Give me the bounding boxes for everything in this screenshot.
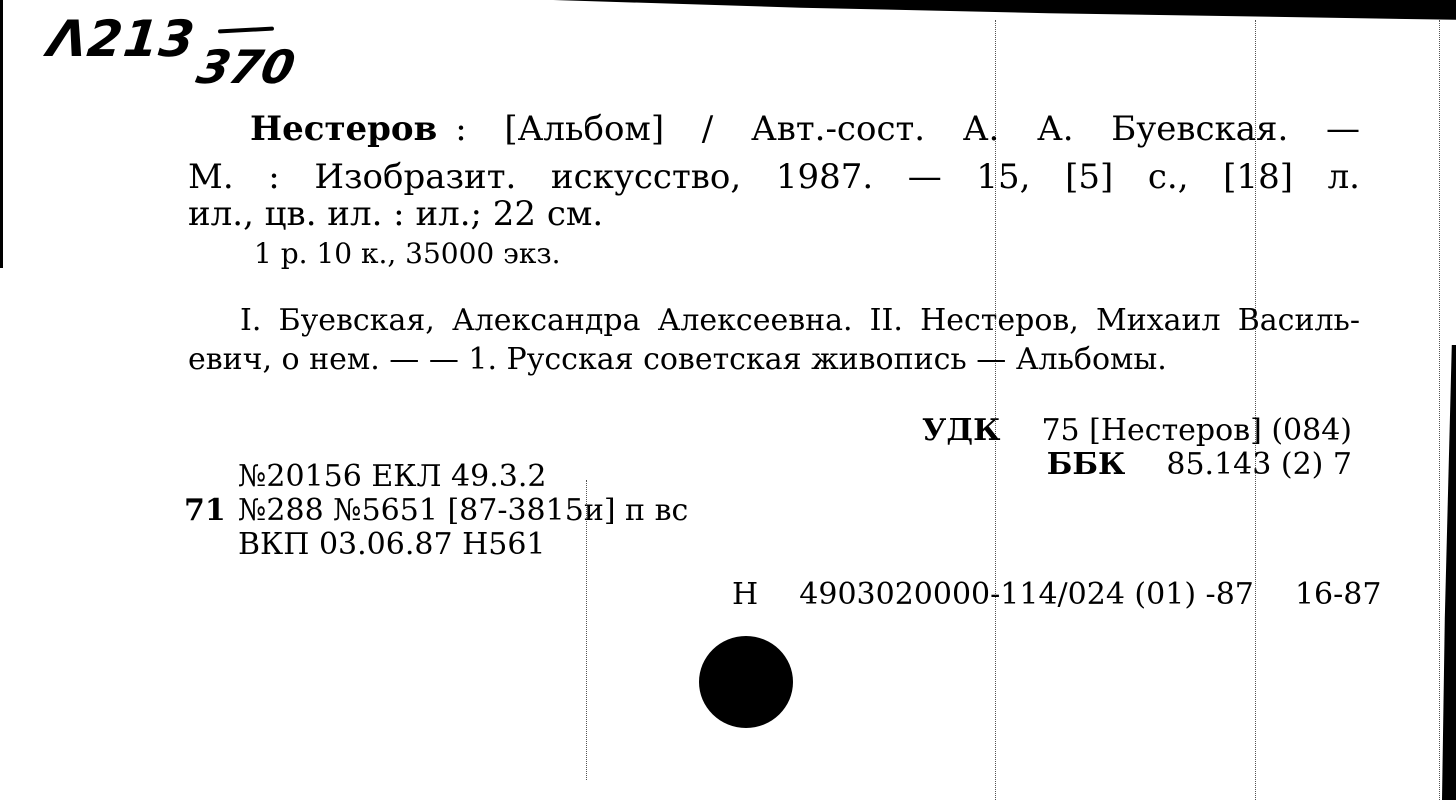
registry-line-2: №288 №5651 [87-3815и] п вс — [238, 496, 688, 526]
tracings-line-2: евич, о нем. — — 1. Русская советская жи… — [188, 345, 1167, 375]
handwritten-shelfmark: Λ213 — [45, 10, 198, 68]
scan-dotted-line — [1439, 20, 1440, 800]
code-letter: Н — [732, 577, 758, 612]
udk-value: 75 [Нестеров] (084) — [1041, 413, 1352, 448]
registry-line-1: №20156 ЕКЛ 49.3.2 — [238, 462, 546, 492]
punched-hole — [699, 636, 793, 728]
registry-prefix: 71 — [184, 496, 226, 526]
scan-right-edge — [1442, 345, 1456, 800]
bbk-label: ББК — [1047, 447, 1126, 482]
code-suffix: 16-87 — [1295, 577, 1381, 612]
code-value: 4903020000-114/024 (01) -87 — [799, 577, 1254, 612]
price-line: 1 р. 10 к., 35000 экз. — [254, 240, 561, 268]
udk-line: УДК 75 [Нестеров] (084) — [922, 416, 1352, 446]
udk-label: УДК — [922, 413, 1000, 448]
description-line-1-rest: : [Альбом] / Авт.-сост. А. А. Буевская. … — [455, 112, 1360, 146]
handwritten-number: 370 — [192, 40, 300, 94]
bbk-line: ББК 85.143 (2) 7 — [1047, 450, 1352, 480]
registry-line-3: ВКП 03.06.87 Н561 — [238, 530, 546, 560]
scan-top-edge — [0, 0, 1456, 22]
description-line-3: ил., цв. ил. : ил.; 22 см. — [188, 197, 603, 231]
catalog-card: Λ213 370 Нестеров : [Альбом] / Авт.-сост… — [0, 0, 1456, 800]
tracings-line-1: I. Буевская, Александра Алексеевна. II. … — [240, 306, 1360, 336]
bbk-value: 85.143 (2) 7 — [1166, 447, 1352, 482]
code-line: Н 4903020000-114/024 (01) -87 16-87 — [732, 580, 1381, 610]
handwritten-overbar — [218, 27, 274, 34]
scan-left-edge — [0, 0, 3, 268]
book-title: Нестеров — [250, 112, 437, 146]
description-line-2: М. : Изобразит. искусство, 1987. — 15, [… — [188, 160, 1360, 194]
description-line-1: Нестеров : [Альбом] / Авт.-сост. А. А. Б… — [250, 112, 1360, 146]
